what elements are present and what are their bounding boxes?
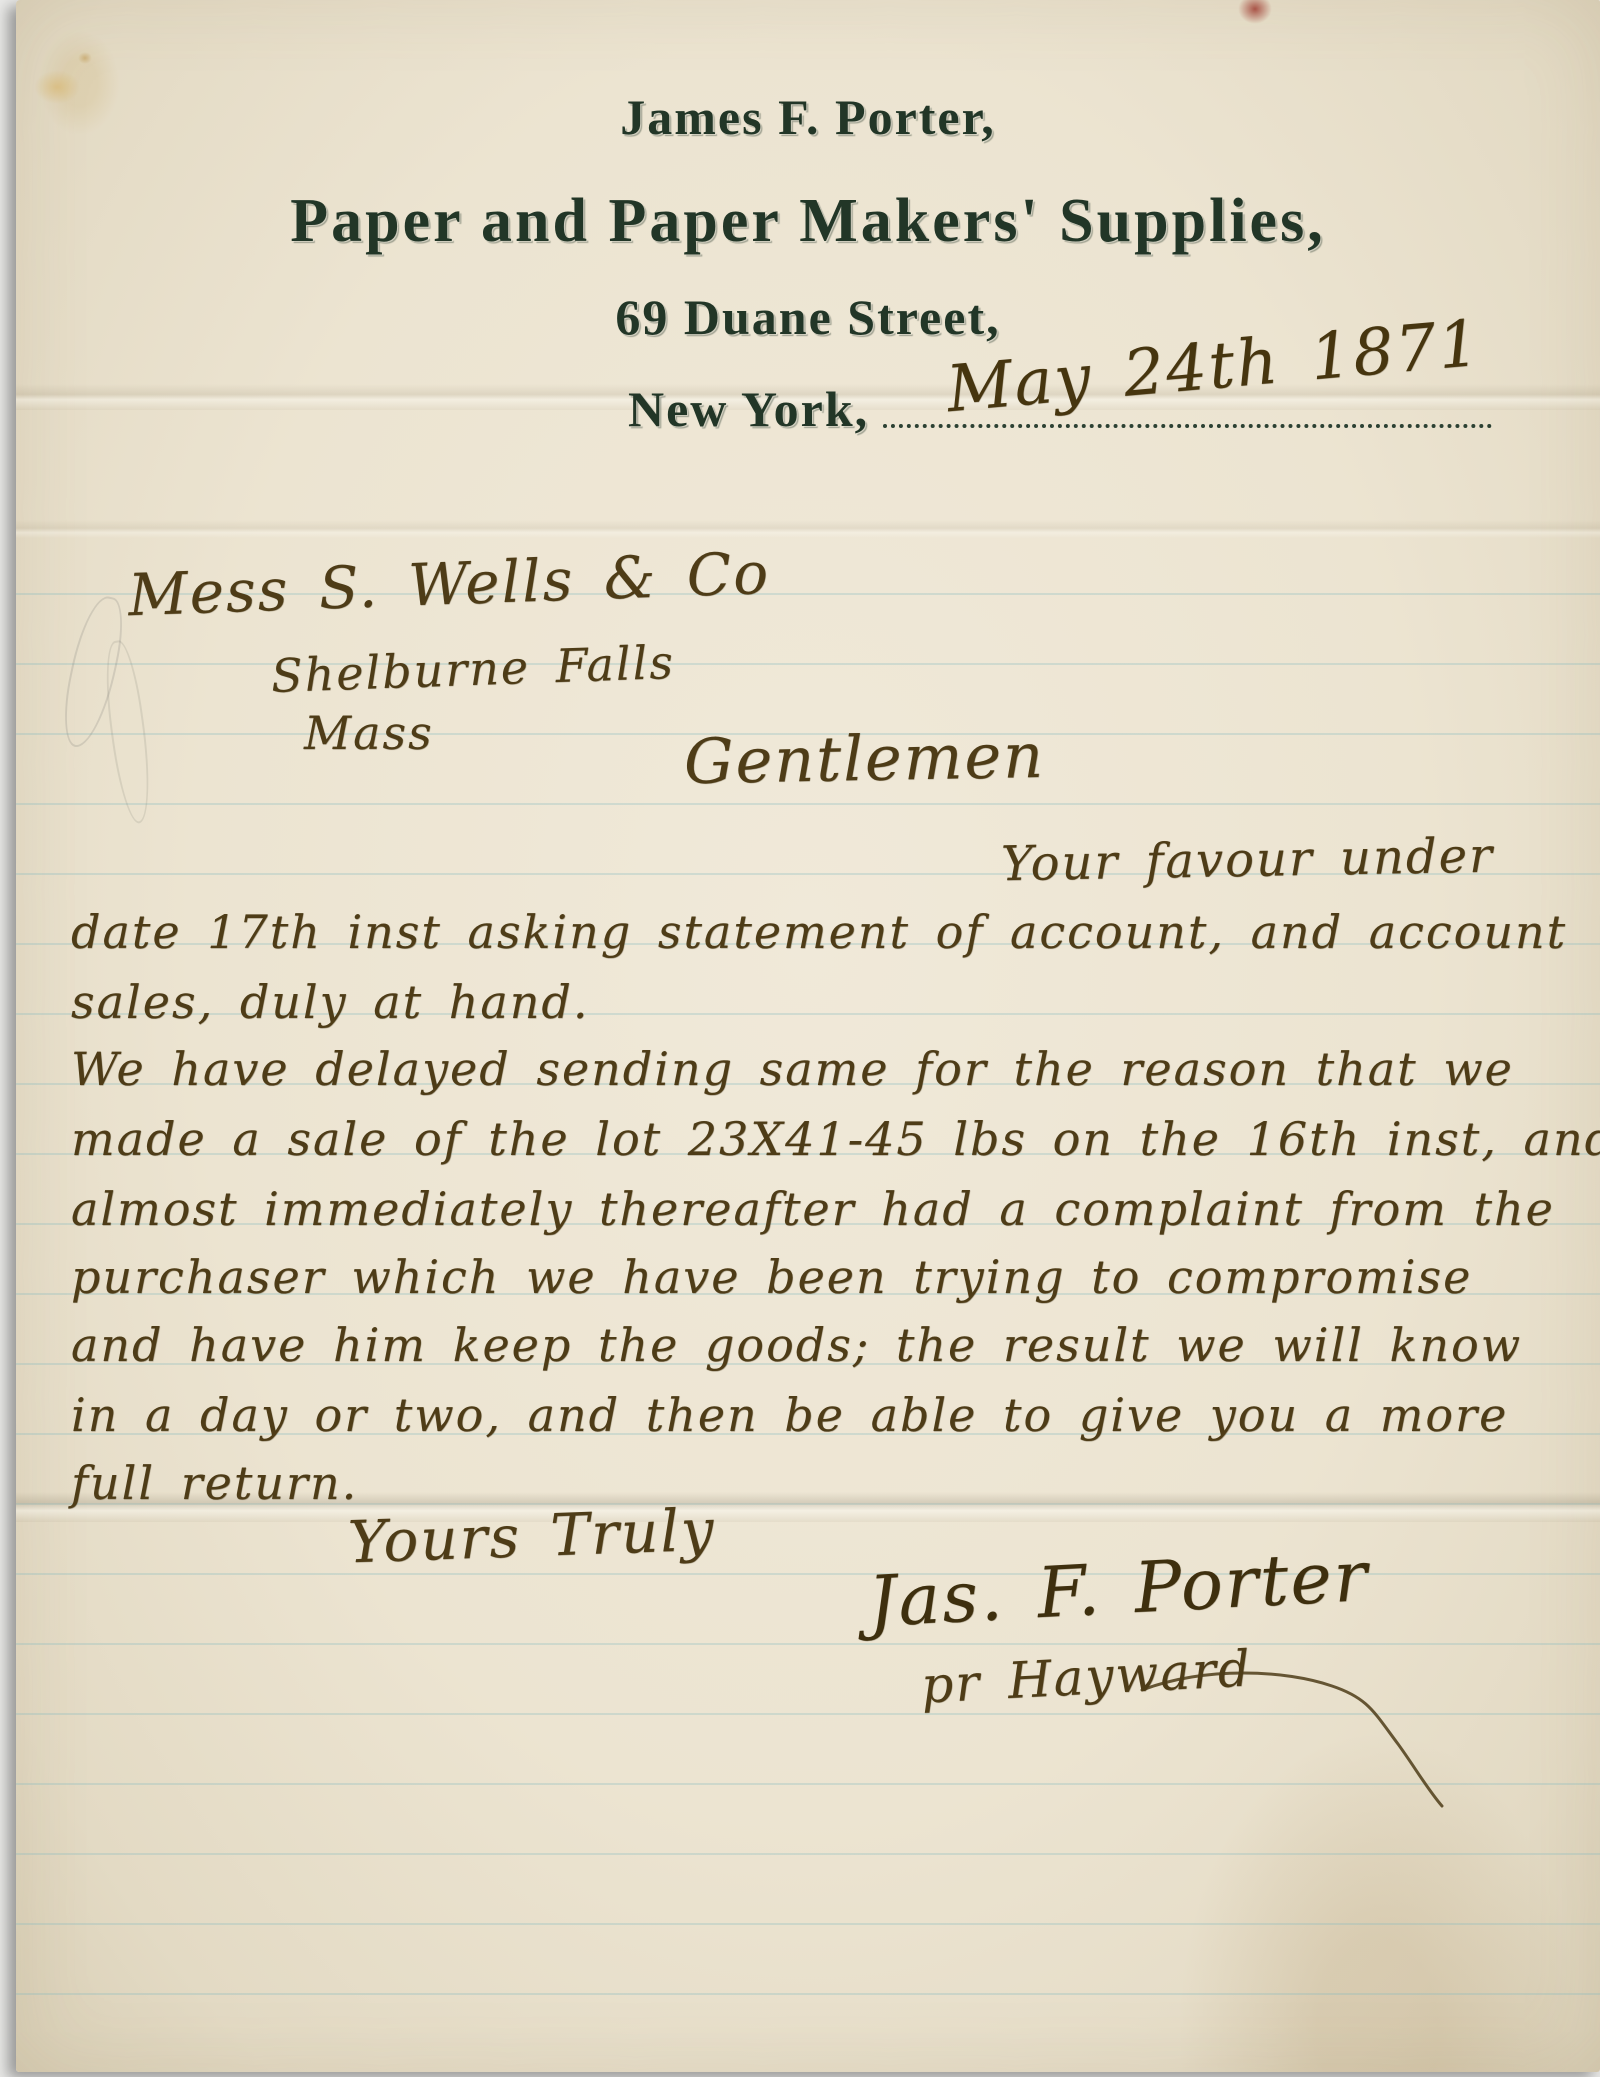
company-name: James F. Porter,: [16, 88, 1600, 146]
body-line: made a sale of the lot 23X41-45 lbs on t…: [71, 1112, 1600, 1166]
company-business: Paper and Paper Makers' Supplies,: [16, 186, 1600, 257]
body-line: sales, duly at hand.: [71, 975, 590, 1029]
body-line: purchaser which we have been trying to c…: [71, 1250, 1472, 1304]
pencil-marks: [55, 592, 130, 752]
body-line: full return.: [71, 1456, 358, 1510]
body-opening: Your favour under: [1001, 828, 1495, 893]
body-line: and have him keep the goods; the result …: [71, 1318, 1522, 1372]
letter-paper: James F. Porter, Paper and Paper Makers'…: [16, 0, 1600, 2072]
body-line: We have delayed sending same for the rea…: [71, 1042, 1514, 1096]
signature: Jas. F. Porter: [866, 1535, 1371, 1643]
company-city: New York,: [628, 380, 869, 438]
recipient-state: Mass: [304, 706, 434, 760]
valediction: Yours Truly: [347, 1496, 717, 1577]
red-stain: [1238, 0, 1272, 24]
body-line: date 17th inst asking statement of accou…: [71, 905, 1567, 959]
body-line: in a day or two, and then be able to giv…: [71, 1388, 1508, 1442]
fold-crease-upper: [16, 520, 1600, 538]
recipient-city: Shelburne Falls: [270, 635, 675, 703]
body-line: almost immediately thereafter had a comp…: [71, 1182, 1555, 1236]
recipient-name: Mess S. Wells & Co: [127, 539, 771, 629]
salutation: Gentlemen: [683, 719, 1045, 798]
small-stain: [78, 52, 92, 64]
pencil-marks: [98, 639, 157, 826]
signature-per: pr Hayward: [920, 1639, 1254, 1714]
